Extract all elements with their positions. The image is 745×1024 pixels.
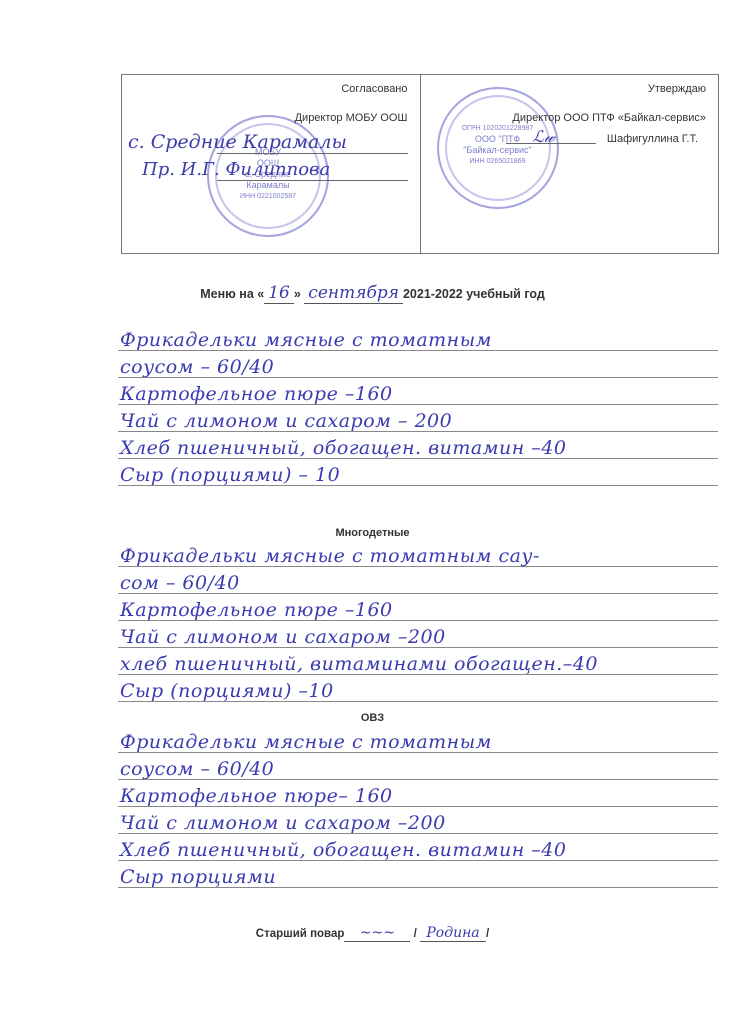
stamp-line: ИНН 0265021869	[439, 156, 557, 167]
chef-name: Родина	[420, 925, 486, 942]
handwritten-signature: ℒ𝓌	[533, 127, 556, 147]
menu-line-text: хлеб пшеничный, витаминами обогащен.–40	[120, 653, 598, 675]
handwritten-place: с. Средние Карамалы	[128, 131, 347, 153]
menu-line-text: соусом – 60/40	[120, 758, 274, 780]
approval-right-position: Директор ООО ПТФ «Байкал-сервис»	[512, 112, 706, 124]
menu-line-text: Сыр порциями	[120, 866, 276, 888]
menu-line-text: Чай с лимоном и сахаром –200	[120, 812, 446, 834]
menu-line-text: Картофельное пюре –160	[120, 383, 393, 405]
menu-line-text: Фрикадельки мясные с томатным	[120, 329, 492, 351]
menu-line: соусом – 60/40	[118, 753, 718, 780]
menu-line-text: Хлеб пшеничный, обогащен. витамин –40	[120, 437, 566, 459]
menu-line: Чай с лимоном и сахаром –200	[118, 621, 718, 648]
menu-line: Сыр порциями	[118, 861, 718, 888]
menu-section-ovz: Фрикадельки мясные с томатным соусом – 6…	[118, 726, 718, 888]
menu-line: Картофельное пюре– 160	[118, 780, 718, 807]
company-stamp: ОГРН 1020201228987 ООО "ПТФ "Байкал-серв…	[437, 87, 559, 209]
title-suffix: 2021-2022 учебный год	[403, 287, 545, 301]
handwritten-director-name: Пр. И.Г. Филиппова	[142, 159, 330, 180]
handwritten-month: сентября	[304, 283, 403, 304]
menu-line: Чай с лимоном и сахаром –200	[118, 807, 718, 834]
menu-section-large-families: Фрикадельки мясные с томатным сау- сом –…	[118, 540, 718, 702]
approval-right-cell: ОГРН 1020201228987 ООО "ПТФ "Байкал-серв…	[420, 75, 719, 253]
signature-line	[217, 180, 408, 181]
menu-line: Фрикадельки мясные с томатным	[118, 726, 718, 753]
stamp-line: ИНН 0221002587	[209, 191, 327, 202]
chef-signature: ~~~	[344, 925, 410, 942]
menu-line: Сыр (порциями) – 10	[118, 459, 718, 486]
approval-left-heading: Согласовано	[341, 83, 407, 95]
signature-line	[217, 153, 408, 154]
section-label-ovz: ОВЗ	[0, 712, 745, 724]
menu-line-text: Картофельное пюре– 160	[120, 785, 393, 807]
separator: /	[414, 928, 417, 940]
title-mid: »	[294, 287, 301, 301]
approval-left-cell: МОБУ ООШ с. Средние Карамалы ИНН 0221002…	[122, 75, 420, 253]
stamp-line: Карамалы	[209, 180, 327, 191]
menu-line: Сыр (порциями) –10	[118, 675, 718, 702]
approval-right-heading: Утверждаю	[648, 83, 706, 95]
menu-line-text: Фрикадельки мясные с томатным	[120, 731, 492, 753]
menu-line: хлеб пшеничный, витаминами обогащен.–40	[118, 648, 718, 675]
menu-line: Фрикадельки мясные с томатным сау-	[118, 540, 718, 567]
menu-line-text: Хлеб пшеничный, обогащен. витамин –40	[120, 839, 566, 861]
handwritten-day: 16	[264, 283, 294, 304]
menu-line-text: Картофельное пюре –160	[120, 599, 393, 621]
menu-line: соусом – 60/40	[118, 351, 718, 378]
menu-title: Меню на «16» сентября2021-2022 учебный г…	[0, 283, 745, 303]
menu-line: Картофельное пюре –160	[118, 378, 718, 405]
section-label-large-families: Многодетные	[0, 527, 745, 539]
chef-signature-block: Старший повар~~~ / Родина/	[0, 925, 745, 942]
chef-label: Старший повар	[256, 928, 345, 940]
menu-line: Хлеб пшеничный, обогащен. витамин –40	[118, 834, 718, 861]
menu-line-text: сом – 60/40	[120, 572, 240, 594]
approval-table: МОБУ ООШ с. Средние Карамалы ИНН 0221002…	[121, 74, 719, 254]
menu-line-text: соусом – 60/40	[120, 356, 274, 378]
menu-line-text: Сыр (порциями) – 10	[120, 464, 340, 486]
approval-left-position: Директор МОБУ ООШ	[295, 112, 408, 124]
menu-line-text: Фрикадельки мясные с томатным сау-	[120, 545, 540, 567]
menu-line: Фрикадельки мясные с томатным	[118, 324, 718, 351]
menu-section-general: Фрикадельки мясные с томатным соусом – 6…	[118, 324, 718, 486]
menu-line-text: Чай с лимоном и сахаром –200	[120, 626, 446, 648]
menu-line-text: Чай с лимоном и сахаром – 200	[120, 410, 452, 432]
title-prefix: Меню на «	[200, 287, 264, 301]
menu-line: Хлеб пшеничный, обогащен. витамин –40	[118, 432, 718, 459]
approval-right-name: Шафигуллина Г.Т.	[607, 133, 698, 145]
menu-line: Чай с лимоном и сахаром – 200	[118, 405, 718, 432]
menu-line-text: Сыр (порциями) –10	[120, 680, 334, 702]
menu-line: Картофельное пюре –160	[118, 594, 718, 621]
separator-end: /	[486, 928, 489, 940]
menu-line: сом – 60/40	[118, 567, 718, 594]
